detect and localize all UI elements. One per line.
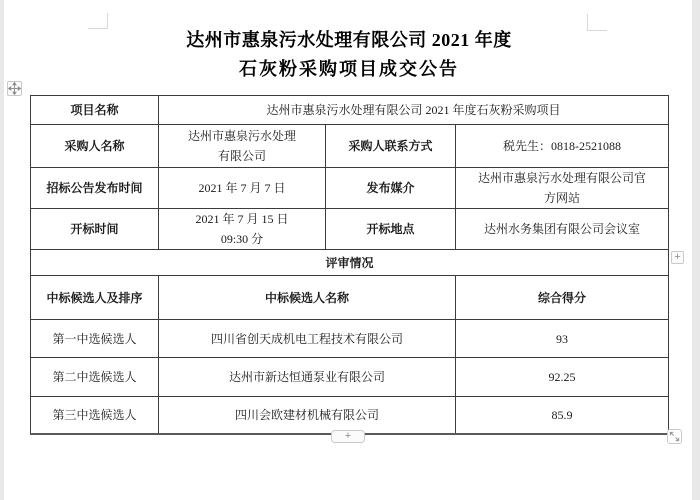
cell-candidate3-score[interactable]: 85.9 [456, 397, 669, 434]
cell-candidate1-rank[interactable]: 第一中选候选人 [31, 320, 159, 358]
candidate-row: 第一中选候选人 四川省创天成机电工程技术有限公司 93 [31, 320, 669, 358]
move-table-icon [8, 82, 21, 95]
table-move-handle[interactable] [7, 81, 22, 96]
cell-announce-time-value[interactable]: 2021 年 7 月 7 日 [159, 168, 326, 209]
cell-candidate3-rank[interactable]: 第三中选候选人 [31, 397, 159, 434]
cell-candidate2-rank[interactable]: 第二中选候选人 [31, 358, 159, 397]
candidate-row: 第二中选候选人 达州市新达恒通泵业有限公司 92.25 [31, 358, 669, 397]
cell-contact-value[interactable]: 税先生：0818-2521088 [456, 125, 669, 168]
table-row: 招标公告发布时间 2021 年 7 月 7 日 发布媒介 达州市惠泉污水处理有限… [31, 168, 669, 209]
text-boundary-mark-left-vertical [107, 13, 108, 29]
table-row: 项目名称 达州市惠泉污水处理有限公司 2021 年度石灰粉采购项目 [31, 96, 669, 125]
cell-candidate1-score[interactable]: 93 [456, 320, 669, 358]
add-column-button[interactable]: + [671, 251, 684, 264]
cell-bid-open-time-label[interactable]: 开标时间 [31, 209, 159, 250]
cell-candidate3-name[interactable]: 四川会欧建材机械有限公司 [159, 397, 456, 434]
table-row: 评审情况 [31, 250, 669, 276]
cell-bid-open-place-label[interactable]: 开标地点 [326, 209, 456, 250]
cell-project-value[interactable]: 达州市惠泉污水处理有限公司 2021 年度石灰粉采购项目 [159, 96, 669, 125]
canvas-gutter-right [692, 0, 700, 500]
candidate-row: 第三中选候选人 四川会欧建材机械有限公司 85.9 [31, 397, 669, 434]
cell-header-rank[interactable]: 中标候选人及排序 [31, 276, 159, 320]
cell-contact-label[interactable]: 采购人联系方式 [326, 125, 456, 168]
plus-icon: + [345, 431, 351, 442]
cell-bid-open-time-value[interactable]: 2021 年 7 月 15 日 09:30 分 [159, 209, 326, 250]
cell-header-name[interactable]: 中标候选人名称 [159, 276, 456, 320]
plus-icon: + [674, 252, 680, 263]
document-editor-canvas: 达州市惠泉污水处理有限公司 2021 年度 石灰粉采购项目成交公告 项目名称 [0, 0, 700, 500]
cell-media-value[interactable]: 达州市惠泉污水处理有限公司官 方网站 [456, 168, 669, 209]
cell-purchaser-label[interactable]: 采购人名称 [31, 125, 159, 168]
cell-candidate2-name[interactable]: 达州市新达恒通泵业有限公司 [159, 358, 456, 397]
table-row: 开标时间 2021 年 7 月 15 日 09:30 分 开标地点 达州水务集团… [31, 209, 669, 250]
cell-announce-time-label[interactable]: 招标公告发布时间 [31, 168, 159, 209]
cell-media-label[interactable]: 发布媒介 [326, 168, 456, 209]
cell-header-score[interactable]: 综合得分 [456, 276, 669, 320]
announcement-table: 项目名称 达州市惠泉污水处理有限公司 2021 年度石灰粉采购项目 采购人名称 … [30, 95, 669, 435]
cell-candidate1-name[interactable]: 四川省创天成机电工程技术有限公司 [159, 320, 456, 358]
cell-purchaser-value[interactable]: 达州市惠泉污水处理 有限公司 [159, 125, 326, 168]
add-row-button[interactable]: + [331, 430, 365, 443]
cell-candidate2-score[interactable]: 92.25 [456, 358, 669, 397]
document-title-line1[interactable]: 达州市惠泉污水处理有限公司 2021 年度 [30, 29, 668, 51]
cell-review-section-title[interactable]: 评审情况 [31, 250, 669, 276]
resize-table-icon [668, 430, 681, 443]
document-title-line2[interactable]: 石灰粉采购项目成交公告 [30, 58, 668, 80]
table-resize-handle[interactable] [667, 429, 682, 444]
table-row: 采购人名称 达州市惠泉污水处理 有限公司 采购人联系方式 税先生：0818-25… [31, 125, 669, 168]
cell-project-label[interactable]: 项目名称 [31, 96, 159, 125]
table-row: 中标候选人及排序 中标候选人名称 综合得分 [31, 276, 669, 320]
canvas-gutter-left [0, 0, 4, 500]
cell-bid-open-place-value[interactable]: 达州水务集团有限公司会议室 [456, 209, 669, 250]
